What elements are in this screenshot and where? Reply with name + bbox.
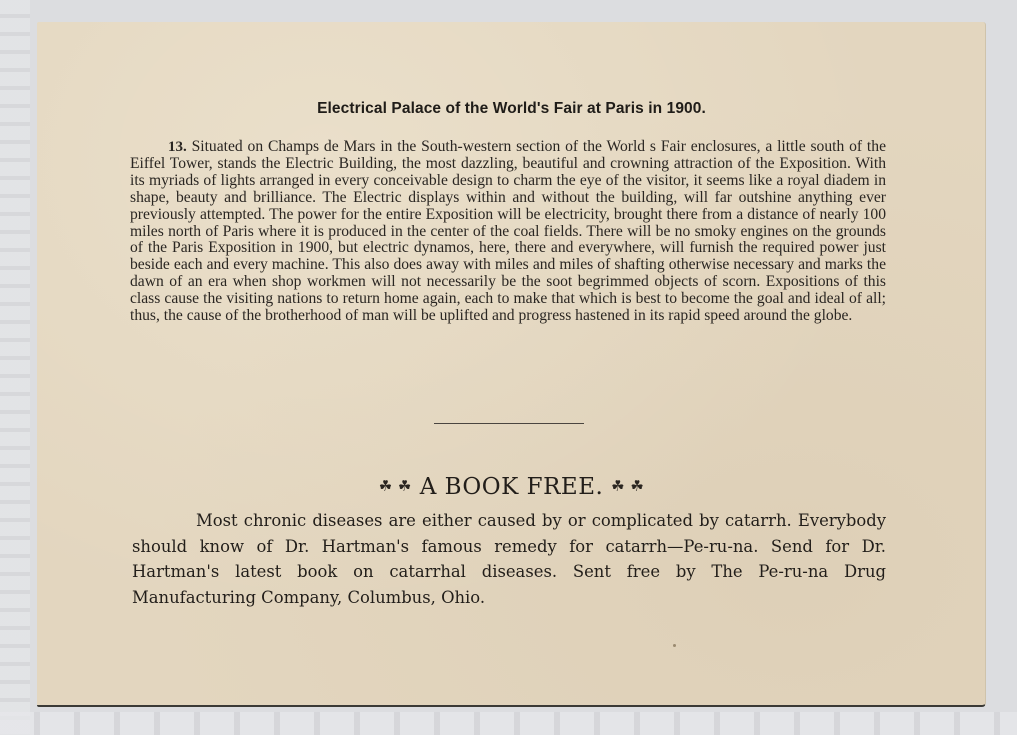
section-divider <box>434 423 584 424</box>
shamrock-ornament-icon: ☘ ☘ <box>379 477 412 495</box>
advertisement-heading: ☘ ☘ A BOOK FREE. ☘ ☘ <box>37 474 986 500</box>
advertisement-heading-text: A BOOK FREE. <box>420 474 604 500</box>
advertisement-body: Most chronic diseases are either caused … <box>132 508 886 610</box>
trade-card: Electrical Palace of the World's Fair at… <box>37 22 986 707</box>
entry-number: 13. <box>168 139 187 155</box>
article-body: Situated on Champs de Mars in the South-… <box>130 138 886 324</box>
shamrock-ornament-icon: ☘ ☘ <box>611 477 644 495</box>
sleeve-edge-left <box>0 0 30 735</box>
card-title: Electrical Palace of the World's Fair at… <box>37 100 986 118</box>
sleeve-edge-bottom <box>0 712 1017 735</box>
paper-speck <box>673 644 676 647</box>
article-paragraph: 13. Situated on Champs de Mars in the So… <box>130 139 886 325</box>
